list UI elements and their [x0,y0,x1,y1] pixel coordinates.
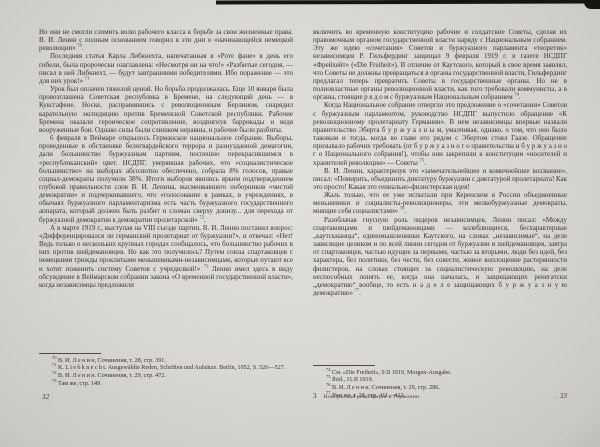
page-number-left: 32 [42,393,49,401]
paragraph: Но они не смогли сломить волю рабочего к… [39,28,293,52]
footnote-reference: 77 [355,288,360,293]
footnote-reference: 71 [85,76,90,81]
right-page-text: включить во временную конституцию рабочи… [313,28,567,364]
footnote-number: 72 [52,370,57,375]
paragraph: В. И. Ленин, характеризуя это «замечател… [313,167,567,191]
scan-corner-mark [584,0,600,9]
right-page: включить во временную конституцию рабочи… [313,0,571,447]
footnote: 76 В. И. Л е н и н. Сочинения, т. 29, ст… [313,384,567,392]
footnote-reference: 73 [204,263,209,268]
page-number-dot: . [555,394,557,400]
paragraph: включить во временную конституцию рабочи… [313,28,567,101]
footnote-reference: 76 [400,206,405,211]
printer-signature-mark: 3 [313,392,317,400]
footnote: 71 K. L i e b k n e c h t. Ausgewählte R… [39,364,293,372]
footnote-separator [313,365,375,366]
footnote-number: 74 [326,366,331,371]
paragraph: 6 февраля в Веймаре открылось Германское… [39,134,293,224]
left-footnote-block: 70 В. И. Л е н и н, Сочинения, т. 28, ст… [39,353,293,387]
footnote-number: 73 [52,378,57,383]
paragraph: Когда Национальное собрание отвергло это… [313,101,567,166]
paragraph: Жаль только, что ее уже испытали при Кер… [313,191,567,215]
footnote-reference: 72 [199,214,204,219]
left-page-text: Но они не смогли сломить волю рабочего к… [39,28,293,352]
left-page-footnotes: 70 В. И. Л е н и н, Сочинения, т. 28, ст… [39,357,293,388]
footnote-reference: 75 [419,157,424,162]
book-scan: Но они не смогли сломить волю рабочего к… [0,0,600,447]
page-number-right: .33 [555,392,567,400]
footnote-number: 75 [326,374,331,379]
printer-signature-title: Ноябрьская революция в Германии [324,394,420,400]
footnote-reference: 74 [514,92,519,97]
footnote: 75 Ibid., 11.II 1919. [313,376,567,384]
footnote-number: 76 [326,382,331,387]
footnote: 73 Там же, стр. 149. [39,380,293,388]
right-page-bottom-line: 3 Ноябрьская революция в Германии .33 [313,392,567,400]
footnote-reference: 70 [77,43,82,48]
paragraph: Последняя статья Карла Либкнехта, напеча… [39,52,293,85]
paragraph: Разоблачая гнусную роль лидеров независи… [313,216,567,298]
footnote-number: 70 [52,354,57,359]
footnote: 72 В. И. Л е н и н. Сочинения, т. 29, ст… [39,372,293,380]
paragraph: Урок был оплачен тяжелой ценой. Но борьб… [39,85,293,134]
footnote-separator [39,353,101,354]
paragraph: А в марте 1919 г., выступая на VIII съез… [39,224,293,289]
left-page: Но они не смогли сломить волю рабочего к… [39,0,297,447]
footnote-number: 71 [52,362,57,367]
